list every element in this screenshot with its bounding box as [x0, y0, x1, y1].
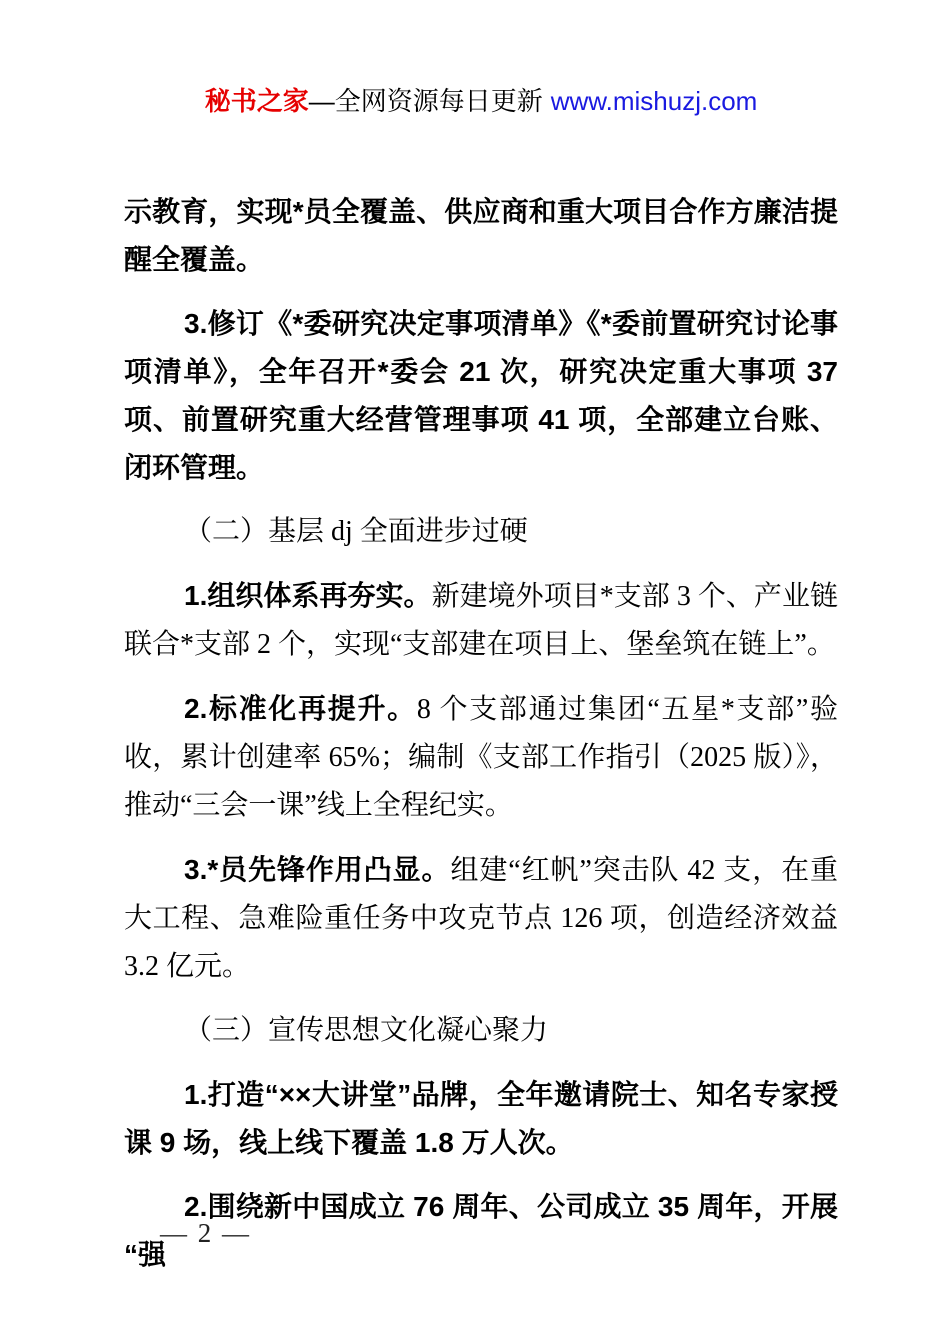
body-paragraph-continuation: 示教育，实现*员全覆盖、供应商和重大项目合作方廉洁提醒全覆盖。: [124, 188, 838, 284]
body-paragraph-lecture-hall: 1.打造“××大讲堂”品牌，全年邀请院士、知名专家授课 9 场，线上线下覆盖 1…: [124, 1071, 838, 1167]
body-paragraph-pioneer-role: 3.*员先锋作用凸显。组建“红帆”突击队 42 支，在重大工程、急难险重任务中攻…: [124, 846, 838, 991]
page-number: — 2 —: [160, 1218, 251, 1249]
section-heading-2: （二）基层 dj 全面进步过硬: [124, 508, 838, 556]
paragraph-lead: 1.组织体系再夯实。: [184, 580, 432, 611]
paragraph-lead: 3.*员先锋作用凸显。: [184, 854, 450, 885]
brand-name: 秘书之家: [205, 86, 309, 116]
body-paragraph-standardization: 2.标准化再提升。8 个支部通过集团“五星*支部”验收，累计创建率 65%；编制…: [124, 685, 838, 830]
body-paragraph-item3: 3.修订《*委研究决定事项清单》《*委前置研究讨论事项清单》，全年召开*委会 2…: [124, 300, 838, 492]
header-url-link[interactable]: www.mishuzj.com: [551, 86, 758, 116]
section-heading-3: （三）宣传思想文化凝心聚力: [124, 1007, 838, 1055]
body-paragraph-org-system: 1.组织体系再夯实。新建境外项目*支部 3 个、产业链联合*支部 2 个，实现“…: [124, 572, 838, 669]
document-page: 秘书之家—全网资源每日更新www.mishuzj.com 示教育，实现*员全覆盖…: [0, 0, 950, 1344]
header-tagline: —全网资源每日更新: [309, 86, 543, 116]
paragraph-lead: 2.标准化再提升。: [184, 693, 417, 724]
header-banner: 秘书之家—全网资源每日更新www.mishuzj.com: [124, 84, 838, 118]
